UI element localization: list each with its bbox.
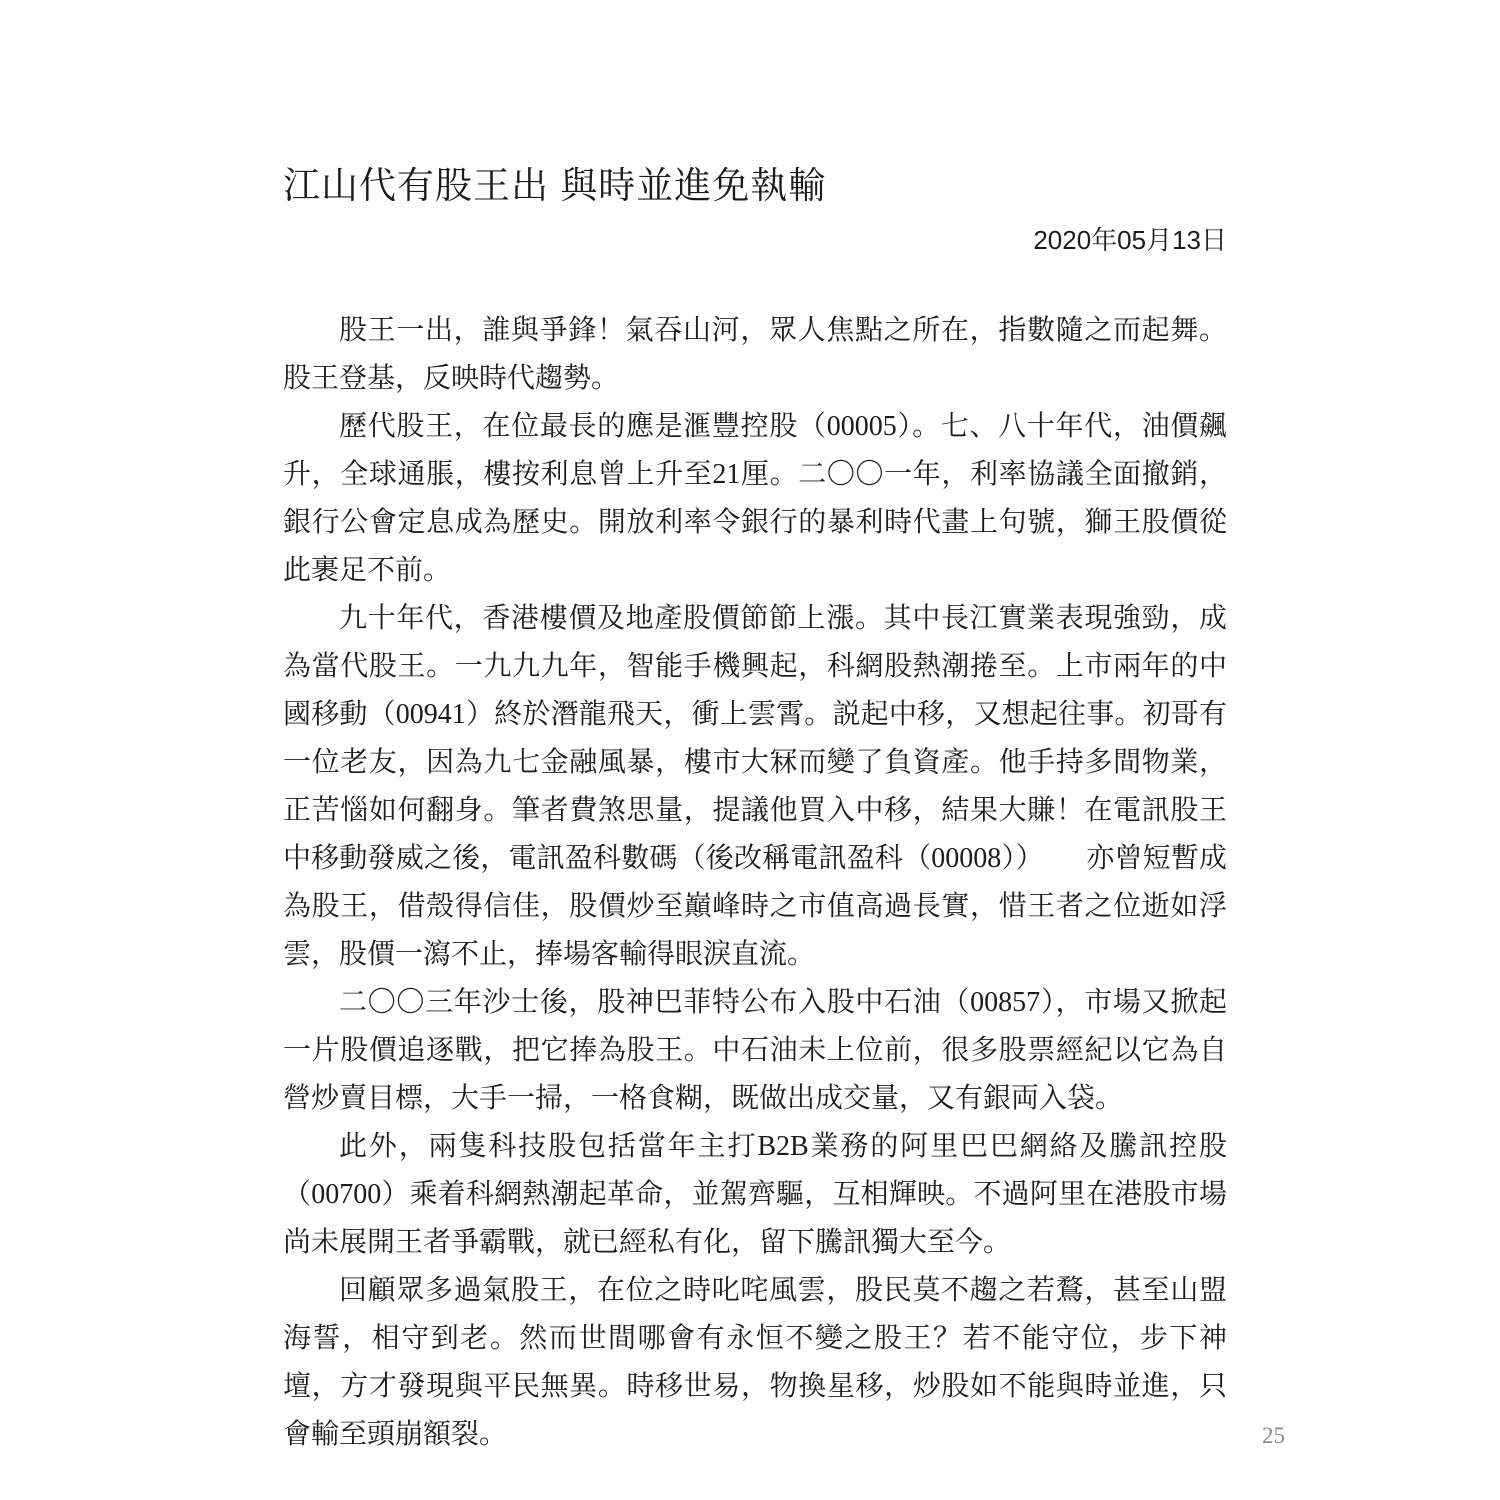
page-number: 25 [1262, 1422, 1285, 1450]
article-date: 2020年05月13日 [283, 225, 1227, 255]
paragraph: 回顧眾多過氣股王，在位之時叱咤風雲，股民莫不趨之若鶩，甚至山盟海誓，相守到老。然… [283, 1267, 1227, 1459]
paragraph: 二〇〇三年沙士後，股神巴菲特公布入股中石油（00857），市場又掀起一片股價追逐… [283, 979, 1227, 1123]
article-title: 江山代有股王出 與時並進免執輸 [283, 163, 1227, 209]
paragraph: 股王一出，誰與爭鋒！氣吞山河，眾人焦點之所在，指數隨之而起舞。股王登基，反映時代… [283, 307, 1227, 403]
paragraph: 歷代股王，在位最長的應是滙豐控股（00005）。七、八十年代，油價飆升，全球通脹… [283, 403, 1227, 595]
article: 江山代有股王出 與時並進免執輸 2020年05月13日 股王一出，誰與爭鋒！氣吞… [283, 163, 1227, 1459]
article-body: 股王一出，誰與爭鋒！氣吞山河，眾人焦點之所在，指數隨之而起舞。股王登基，反映時代… [283, 307, 1227, 1459]
paragraph: 九十年代，香港樓價及地產股價節節上漲。其中長江實業表現強勁，成為當代股王。一九九… [283, 595, 1227, 979]
paragraph: 此外，兩隻科技股包括當年主打B2B業務的阿里巴巴網絡及騰訊控股（00700）乘着… [283, 1123, 1227, 1267]
document-page: 江山代有股王出 與時並進免執輸 2020年05月13日 股王一出，誰與爭鋒！氣吞… [0, 0, 1500, 1500]
